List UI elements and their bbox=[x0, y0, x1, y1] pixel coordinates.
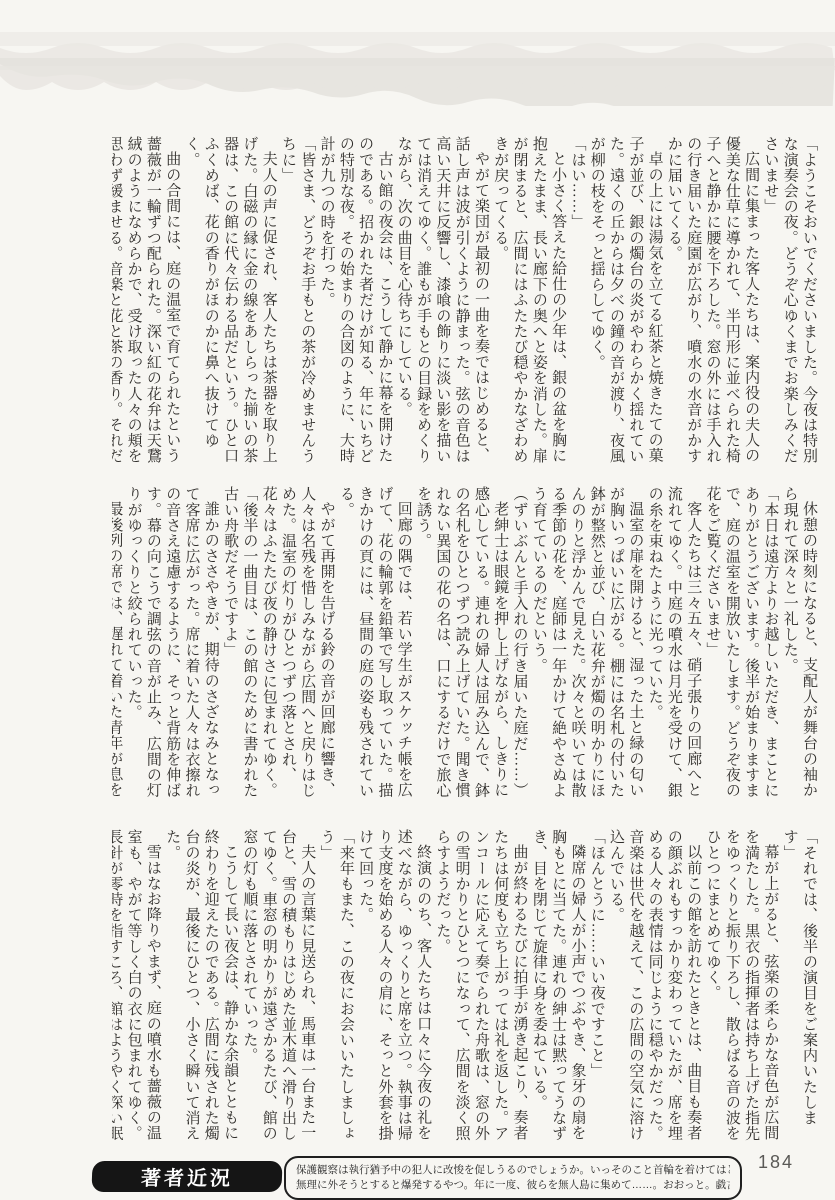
paragraph: 老紳士は眼鏡を押し上げながら、しきりに感心している。連れの婦人は屈み込んで、鉢の… bbox=[413, 486, 509, 804]
paragraph: 卓の上には湯気を立てる紅茶と焼きたての菓子が並び、銀の燭台の炎がやわらかく揺れて… bbox=[586, 136, 663, 474]
paragraph: 夫人の言葉に見送られ、馬車は一台また一台と、雪の積もりはじめた並木道へ滑り出して… bbox=[239, 829, 316, 1145]
paragraph: 終演ののち、客人たちは口々に今夜の礼を述べながら、ゆっくりと席を立つ。執事は帰り… bbox=[355, 829, 432, 1145]
author-note-box: 保護観察は執行猶予中の犯人に改悛を促しうるのでしょうか。いっそのこと首輪を着けて… bbox=[284, 1156, 742, 1200]
paragraph: こうして長い夜会は、静かな余韻とともに終わりを迎えたのである。広間に残された燭台… bbox=[162, 829, 239, 1145]
text-block-bottom: 「それでは、後半の演目をご案内いたします」幕が上がると、弦楽の柔らかな音色が広間… bbox=[112, 829, 818, 1145]
paragraph: 「本日は遠方よりお越しいただき、まことにありがとうございます。後半が始まりますま… bbox=[702, 486, 779, 804]
lace-border-decoration bbox=[0, 30, 835, 106]
paragraph: 曲が終わるたびに拍手が湧き起こり、奏者たちは何度も立ち上がっては礼を返した。アン… bbox=[432, 829, 528, 1145]
text-block-top: 「ようこそおいでくださいました。今夜は特別な演奏会の夜。どうぞ心ゆくまでお楽しみ… bbox=[112, 136, 818, 474]
paragraph: 古い館の夜会は、こうして静かに幕を開けたのである。招かれた者だけが知る、年にいち… bbox=[316, 136, 393, 474]
paragraph: 休憩の時刻になると、支配人が舞台の袖から現れて深々と一礼した。 bbox=[779, 486, 818, 804]
paragraph: 隣席の婦人が小声でつぶやき、象牙の扇を胸もとに当てた。連れの紳士は黙ってうなずき… bbox=[529, 829, 587, 1145]
paragraph: やがて再開を告げる鈴の音が回廊に響き、人々は名残を惜しみながら広間へと戻りはじめ… bbox=[258, 486, 335, 804]
paragraph: 温室の扉を開けると、湿った土と緑の匂いが胸いっぱいに広がる。棚には名札の付いた鉢… bbox=[529, 486, 645, 804]
author-news-label: 著者近況 bbox=[91, 1161, 282, 1192]
lace-pattern-icon bbox=[0, 30, 835, 106]
paragraph: 回廊の隅では、若い学生がスケッチ帳を広げて、花の輪郭を鉛筆で写し取っていた。描き… bbox=[336, 486, 413, 804]
paragraph: 「後半の一曲目は、この館のために書かれた古い舟歌だそうですよ」 bbox=[220, 486, 259, 804]
paragraph: 「それでは、後半の演目をご案内いたします」 bbox=[779, 829, 818, 1145]
paragraph: 客人たちは三々五々、硝子張りの回廊へと流れてゆく。中庭の噴水は月光を受けて、銀の… bbox=[644, 486, 702, 804]
author-note-line-2: 無理に外そうとすると爆発するやつ。年に一度、彼らを無人島に集めて……。おおっと。… bbox=[296, 1178, 730, 1193]
paragraph: 夫人の声に促され、客人たちは茶器を取り上げた。白磁の縁に金の線をあしらった揃いの… bbox=[181, 136, 277, 474]
footer: 184 著者近況 保護観察は執行猶予中の犯人に改悛を促しうるのでしょうか。いっそ… bbox=[0, 1150, 835, 1200]
paragraph: 誰かのささやきが、期待のさざなみとなって客席に広がった。席に着いた人々は衣擦れの… bbox=[123, 486, 219, 804]
paragraph: と小さく答えた給仕の少年は、銀の盆を胸に抱えたまま、長い廊下の奥へと姿を消した。… bbox=[490, 136, 567, 474]
paragraph: 「ようこそおいでくださいました。今夜は特別な演奏会の夜。どうぞ心ゆくまでお楽しみ… bbox=[760, 136, 818, 474]
paragraph: （ずいぶんと手入れの行き届いた庭だ……） bbox=[509, 486, 528, 804]
paragraph: 「はい……」 bbox=[567, 136, 586, 474]
paragraph: やがて楽団が最初の一曲を奏ではじめると、話し声は波が引くように静まった。弦の音色… bbox=[393, 136, 489, 474]
paragraph: 雪はなお降りやまず、庭の噴水も薔薇の温室も、やがて等しく白の衣に包まれてゆく。長… bbox=[112, 829, 162, 1145]
paragraph: 最後列の席では、遅れて着いた青年が息を整えながら目録を開いている。今夜の演目は、… bbox=[112, 486, 123, 804]
author-note-line-1: 保護観察は執行猶予中の犯人に改悛を促しうるのでしょうか。いっそのこと首輪を着けて… bbox=[296, 1163, 730, 1178]
text-block-middle: 休憩の時刻になると、支配人が舞台の袖から現れて深々と一礼した。「本日は遠方よりお… bbox=[112, 486, 818, 804]
paragraph: 広間に集まった客人たちは、案内役の夫人の優美な仕草に導かれて、半円形に並べられた… bbox=[664, 136, 760, 474]
page-number: 184 bbox=[758, 1152, 794, 1173]
book-page: 「ようこそおいでくださいました。今夜は特別な演奏会の夜。どうぞ心ゆくまでお楽しみ… bbox=[0, 0, 835, 1200]
paragraph: 以前この館を訪れたときとは、曲目も奏者の顔ぶれもすっかり変わっていたが、席を埋め… bbox=[606, 829, 702, 1145]
paragraph: 曲の合間には、庭の温室で育てられたという薔薇が一輪ずつ配られた。深い紅の花弁は天… bbox=[112, 136, 181, 474]
paragraph: 「皆さま、どうぞお手もとの茶が冷めませんうちに」 bbox=[278, 136, 317, 474]
paragraph: 「ほんとうに……いい夜ですこと」 bbox=[586, 829, 605, 1145]
paragraph: 幕が上がると、弦楽の柔らかな音色が広間を満たした。黒衣の指揮者は持ち上げた指先を… bbox=[702, 829, 779, 1145]
paragraph: 「来年もまた、この夜にお会いいたしましょう」 bbox=[316, 829, 355, 1145]
